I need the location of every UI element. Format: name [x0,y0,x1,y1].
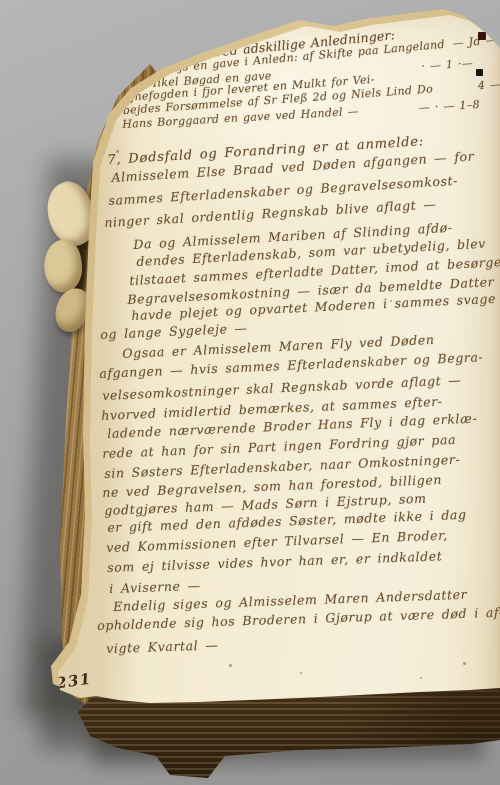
handwritten-line: arbejdes Forsømmelse af Sr Fleß 2d og Ni… [110,76,500,118]
handwritten-line: ladende nærværende Broder Hans Fly i dag… [107,410,478,440]
handwritten-line: Endelig siges og Almisselem Maren Anders… [113,587,467,614]
ink-speck [420,677,422,679]
handwritten-line: hvorved imidlertid bemærkes, at sammes e… [101,394,443,423]
handwritten-line: Jens Dejs en gave i Anledn: af Skifte pa… [133,31,500,77]
handwritten-line: dendes Efterladenskab, som var ubetydeli… [136,236,486,269]
income-amount: — · — 1–8 [418,98,480,114]
handwritten-line: Ogsaa er Almisselem Maren Fly ved Døden [122,332,435,361]
photo-background: 6, Indtægter ved adskillige Anledninger:… [0,0,500,785]
handwritten-line: havde plejet og opvartet Moderen i samme… [131,291,496,323]
income-amount: · — 1 ·— [421,57,474,73]
handwritten-line: ninger skal ordentlig Regnskab blive afl… [104,196,437,230]
handwritten-line: og lange Sygeleje — [100,320,248,342]
handwritten-line: Almisselem Else Braad ved Døden afgangen… [111,148,475,185]
ink-speck [116,150,119,153]
handwritten-line: tilstaaet sammes efterladte Datter, imod… [129,254,500,288]
handwritten-line: vigte Kvartal — [106,637,219,656]
ink-speck [463,662,466,665]
handwritten-line: Afg: Mikel Bøgad en gave· — 1 ·— [117,57,474,92]
ink-speck [332,618,334,620]
photo-edge-artifact [478,32,486,40]
handwritten-line: godtgjøres ham — Mads Sørn i Ejstrup, so… [104,491,427,518]
handwritten-line: Da og Almisselem Mariben af Slinding afd… [133,220,453,252]
income-amount: — Jd — ·— [452,31,500,50]
handwritten-line: som ej tilvisse vides hvor han er, er in… [107,548,443,575]
handwritten-line: velsesomkostninger skal Regnskab vorde a… [102,372,462,403]
photo-edge-artifact [476,69,483,76]
page-number: 231 [55,670,93,693]
handwritten-line: ne ved Begravelsen, som han forestod, bi… [102,472,442,500]
income-entry-text: Jens Dejs en gave i Anledn: af Skifte pa… [133,38,445,78]
handwritten-line: i Aviserne — [109,578,201,596]
ink-speck [390,300,392,302]
handwritten-line: afgangen — hvis sammes Efterladenskaber … [99,349,484,381]
handwritten-line: ved Kommissionen efter Tilvarsel — En Br… [106,527,448,555]
ink-speck [300,672,302,674]
income-entry-text: Hans Borggaard en gave ved Handel — [122,105,359,131]
handwritten-line: er gift med den afdødes Søster, mødte ik… [107,507,467,535]
ink-speck [229,664,232,667]
handwritten-line: rede at han for sin Part ingen Fordring … [102,432,456,461]
handwritten-line: sin Søsters Efterladenskaber, naar Omkos… [104,452,461,481]
handwritten-line: opholdende sig hos Broderen i Gjørup at … [97,605,500,633]
income-amount: 4 — ·— [477,76,500,92]
income-entry-text: arbejdes Forsømmelse af Sr Fleß 2d og Ni… [110,82,433,118]
handwritten-line: Hans Borggaard en gave ved Handel —— · —… [122,98,480,131]
handwritten-line: Begravelsesomkostning — især da bemeldte… [127,274,495,307]
section-heading-deaths: 7, Dødsfald og Forandring er at anmelde: [107,134,424,168]
handwritten-line: sammes Efterladenskaber og Begravelsesom… [108,173,458,208]
